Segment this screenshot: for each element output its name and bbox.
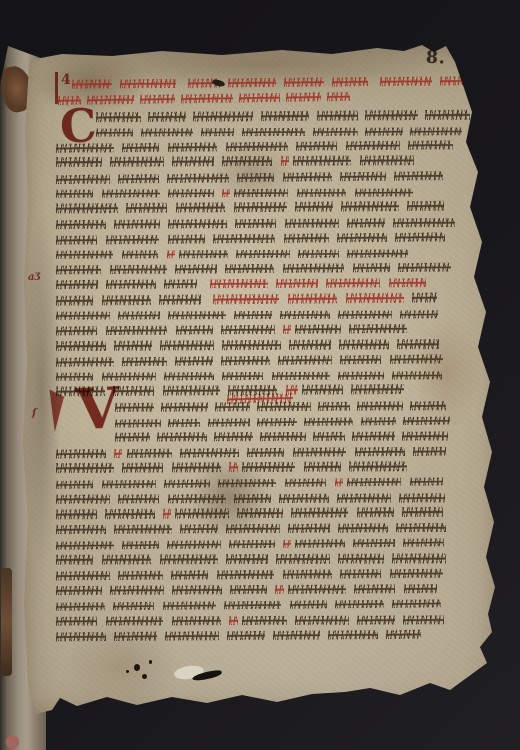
ink-stroke — [133, 128, 140, 136]
ink-stroke — [281, 601, 289, 609]
ink-stroke — [295, 324, 340, 333]
rubric-stroke — [389, 278, 426, 287]
manuscript-text-line — [56, 476, 472, 489]
ink-stroke — [317, 110, 358, 120]
ink-stroke — [163, 616, 171, 625]
ink-stroke — [351, 155, 359, 165]
ink-stroke — [158, 250, 166, 258]
ink-stroke — [113, 250, 121, 258]
ink-stroke — [222, 372, 264, 380]
ink-stroke — [253, 111, 261, 121]
ink-stroke — [355, 188, 413, 196]
ink-stroke — [219, 631, 227, 640]
ink-stroke — [175, 264, 216, 273]
ink-stroke — [97, 617, 105, 626]
ink-stroke — [397, 339, 439, 349]
ink-stroke — [288, 585, 346, 594]
ink-stroke — [222, 585, 230, 594]
manuscript-text-line — [56, 447, 471, 459]
ink-stroke — [186, 112, 194, 122]
ink-stroke — [106, 449, 114, 458]
ink-stroke — [285, 478, 327, 486]
ink-stroke — [161, 402, 207, 411]
ink-stroke — [276, 554, 330, 564]
ink-stroke — [339, 250, 347, 258]
ink-stroke — [403, 615, 444, 624]
manuscript-text-line — [56, 508, 468, 520]
manuscript-text-line — [56, 202, 469, 214]
ink-stroke — [276, 479, 284, 487]
ink-stroke — [272, 372, 330, 380]
ink-stroke — [113, 386, 154, 396]
ink-stroke — [276, 219, 284, 228]
ink-stroke — [56, 449, 106, 458]
manuscript-text-line — [56, 278, 472, 289]
manuscript-text-line — [56, 340, 472, 351]
ink-stroke — [106, 632, 114, 641]
ink-stroke — [399, 201, 407, 211]
ink-stroke — [56, 463, 114, 473]
ink-stroke — [106, 326, 168, 335]
ink-stroke — [399, 493, 445, 502]
ink-stroke — [400, 310, 437, 318]
ink-stroke — [271, 494, 279, 503]
ink-stroke — [275, 234, 283, 243]
ink-stroke — [96, 129, 133, 137]
ink-stroke — [172, 585, 222, 594]
ink-stroke — [350, 402, 357, 411]
manuscript-text-line — [56, 537, 469, 550]
ink-stroke — [432, 77, 440, 86]
ink-stroke — [56, 251, 113, 259]
ink-stroke — [159, 174, 167, 183]
manuscript-text-line — [56, 232, 470, 245]
rubric-stroke — [286, 92, 321, 101]
ink-stroke — [274, 173, 282, 182]
ink-stroke — [263, 372, 271, 380]
ink-stroke — [275, 540, 283, 548]
ink-stroke — [357, 616, 394, 625]
ink-stroke — [392, 599, 441, 607]
rubric-stroke — [283, 540, 291, 548]
ink-stroke — [410, 401, 446, 410]
ink-stroke — [156, 372, 164, 380]
ink-stroke — [280, 311, 330, 319]
ink-stroke — [217, 570, 275, 579]
manuscript-text-line — [96, 126, 470, 136]
ink-stroke — [172, 524, 180, 533]
ink-stroke — [313, 128, 358, 136]
ink-stroke — [268, 279, 276, 288]
ink-stroke — [165, 631, 219, 640]
ink-stroke — [274, 570, 282, 579]
ink-stroke — [282, 172, 332, 182]
ink-stroke — [221, 356, 271, 365]
ink-stroke — [387, 233, 395, 242]
ink-stroke — [318, 279, 326, 288]
ink-stroke — [106, 220, 114, 229]
ink-stroke — [270, 356, 278, 365]
ink-stroke — [278, 355, 332, 364]
ink-stroke — [93, 480, 101, 488]
ink-stroke — [284, 233, 330, 242]
manuscript-text-line — [56, 354, 468, 367]
ink-stroke — [318, 402, 350, 411]
ink-stroke — [330, 554, 338, 564]
ink-stroke — [337, 233, 387, 242]
ink-stroke — [295, 616, 349, 625]
ink-stroke — [250, 418, 257, 426]
ink-stroke — [141, 112, 149, 122]
ink-stroke — [56, 571, 110, 580]
manuscript-text-line — [56, 171, 468, 184]
rubric-stroke — [281, 156, 289, 166]
ink-stroke — [353, 539, 394, 547]
ink-stroke — [237, 508, 282, 518]
ink-stroke — [412, 292, 437, 302]
ink-stroke — [337, 293, 345, 303]
ink-stroke — [283, 263, 345, 272]
ink-stroke — [176, 202, 226, 212]
ink-stroke — [118, 203, 126, 213]
ink-stroke — [218, 554, 226, 564]
manuscript-text-line — [56, 263, 468, 275]
nota-mark: aƷ — [28, 272, 41, 283]
ink-stroke — [163, 571, 171, 580]
manuscript-text-line — [56, 187, 471, 197]
ink-stroke — [257, 402, 310, 411]
ink-stroke — [56, 357, 114, 367]
ink-stroke — [118, 311, 160, 319]
ink-stroke — [230, 585, 267, 594]
ink-stroke — [102, 480, 156, 488]
ink-stroke — [274, 264, 282, 273]
ink-stroke — [236, 250, 289, 258]
ink-stroke — [207, 418, 250, 426]
ink-stroke — [157, 632, 165, 641]
ink-stroke — [163, 385, 220, 395]
manuscript-text-line — [56, 569, 468, 581]
ink-stroke — [102, 189, 160, 197]
ink-stroke — [279, 494, 329, 503]
ink-stroke — [114, 220, 160, 229]
ink-stroke — [358, 128, 365, 136]
ink-stroke — [226, 524, 280, 533]
ink-stroke — [352, 432, 394, 441]
manuscript-text-line — [56, 248, 466, 258]
ink-stroke — [344, 263, 352, 272]
ink-stroke — [56, 280, 98, 289]
ink-stroke — [159, 295, 200, 305]
ink-stroke — [161, 419, 168, 427]
ink-stroke — [351, 384, 404, 394]
ink-stroke — [122, 250, 159, 258]
ink-stroke — [330, 340, 338, 350]
ink-stroke — [118, 494, 159, 503]
ink-stroke — [106, 616, 164, 625]
ink-stroke — [237, 173, 274, 182]
ink-stroke — [425, 110, 470, 120]
ink-stroke — [154, 403, 161, 412]
ink-stroke — [288, 189, 296, 197]
ink-stroke — [417, 110, 425, 120]
ink-stroke — [168, 419, 200, 427]
ink-stroke — [179, 250, 228, 258]
ink-stroke — [265, 631, 273, 640]
ink-stroke — [347, 218, 384, 227]
ink-stroke — [330, 524, 338, 533]
ink-stroke — [332, 355, 340, 364]
rubric-stroke — [380, 77, 432, 86]
ink-stroke — [380, 278, 388, 287]
manuscript-text-line — [115, 401, 471, 412]
ink-stroke — [332, 569, 340, 578]
rubric-stroke — [275, 585, 283, 594]
rubric-stroke — [284, 78, 324, 87]
ink-stroke — [122, 463, 163, 473]
rubric-stroke — [181, 94, 234, 104]
ink-stroke — [168, 189, 214, 197]
manuscript-text-line — [56, 218, 472, 229]
manuscript-text-line — [56, 324, 469, 336]
ink-stroke — [114, 463, 122, 473]
ink-stroke — [110, 312, 118, 320]
ink-stroke — [101, 265, 109, 274]
ink-stroke — [164, 156, 172, 166]
ink-stroke — [221, 325, 275, 334]
ink-stroke — [217, 142, 225, 151]
ink-stroke — [340, 355, 381, 364]
ink-stroke — [234, 494, 271, 503]
ink-stroke — [127, 449, 173, 458]
ink-stroke — [304, 417, 354, 425]
manuscript-text-line — [56, 584, 470, 595]
nota-mark: ſ — [32, 408, 36, 419]
ink-stroke — [272, 311, 280, 319]
ink-stroke — [389, 339, 397, 349]
ink-stroke — [229, 540, 274, 548]
ink-stroke — [413, 447, 446, 456]
ink-stroke — [159, 235, 167, 244]
ink-stroke — [210, 479, 218, 487]
ink-stroke — [122, 541, 159, 549]
ink-stroke — [228, 250, 236, 258]
ink-stroke — [225, 264, 274, 273]
ink-stroke — [338, 311, 392, 319]
ink-stroke — [160, 189, 168, 197]
rubric-stroke — [213, 294, 279, 305]
ink-stroke — [296, 141, 337, 150]
rubric-stroke — [283, 325, 291, 334]
manuscript-text-line — [56, 293, 470, 306]
ink-stroke — [234, 128, 241, 136]
ink-stroke — [313, 432, 345, 441]
ink-stroke — [365, 128, 402, 136]
ink-stroke — [163, 462, 171, 472]
ink-stroke — [341, 201, 399, 211]
ink-stroke — [106, 525, 114, 534]
ink-stroke — [288, 142, 296, 151]
ink-stroke — [287, 202, 295, 212]
ink-stroke — [295, 462, 303, 472]
ink-stroke — [381, 569, 389, 578]
ink-stroke — [214, 156, 222, 166]
ink-stroke — [226, 494, 234, 503]
ink-stroke — [205, 234, 213, 243]
rubric-stroke — [167, 250, 175, 258]
ink-stroke — [122, 143, 159, 152]
manuscript-text-line — [56, 309, 471, 319]
ink-stroke — [360, 155, 414, 165]
ink-stroke — [399, 141, 407, 150]
ink-stroke — [297, 189, 347, 197]
ink-stroke — [229, 173, 237, 182]
ink-stroke — [280, 524, 288, 533]
ink-stroke — [114, 143, 122, 152]
ink-stroke — [392, 311, 400, 319]
ink-stroke — [408, 140, 454, 149]
ink-stroke — [156, 480, 164, 488]
ink-stroke — [311, 402, 318, 411]
ink-stroke — [338, 372, 384, 380]
ink-stroke — [384, 554, 392, 564]
ink-stroke — [110, 495, 118, 504]
ink-stroke — [110, 265, 168, 274]
ink-stroke — [160, 311, 168, 319]
ink-stroke — [201, 294, 213, 304]
ink-stroke — [410, 127, 462, 135]
ink-stroke — [285, 219, 339, 228]
ink-stroke — [106, 235, 160, 244]
ink-stroke — [282, 508, 290, 518]
ink-stroke — [200, 419, 207, 427]
illuminated-initial: C — [59, 105, 98, 148]
ink-stroke — [288, 524, 330, 533]
ink-stroke — [214, 432, 253, 441]
ink-stroke — [390, 354, 444, 363]
ink-stroke — [396, 523, 446, 532]
rubric-stroke — [140, 94, 175, 103]
rubric-stroke — [222, 189, 230, 197]
ink-stroke — [330, 372, 338, 380]
ink-stroke — [56, 295, 93, 305]
ink-stroke — [340, 172, 385, 181]
ink-stroke — [105, 509, 155, 519]
ink-stroke — [220, 78, 228, 87]
ink-stroke — [283, 570, 332, 579]
ink-stroke — [152, 341, 160, 351]
ink-stroke — [157, 432, 207, 441]
ink-stroke — [110, 571, 118, 580]
ink-stroke — [295, 202, 332, 212]
ink-stroke — [164, 479, 210, 487]
ink-stroke — [275, 325, 283, 334]
ink-stroke — [357, 401, 403, 410]
binding-fragment — [6, 736, 19, 749]
ink-stroke — [218, 524, 226, 533]
binding-sewing-support — [1, 568, 12, 676]
ink-stroke — [216, 601, 224, 609]
ink-stroke — [368, 77, 380, 86]
ink-stroke — [176, 79, 188, 88]
ink-stroke — [234, 189, 288, 197]
ink-stroke — [398, 263, 452, 272]
ink-stroke — [164, 279, 197, 288]
ink-stroke — [208, 570, 216, 579]
ink-stroke — [222, 156, 272, 166]
ink-stroke — [354, 584, 395, 593]
ink-stroke — [392, 553, 446, 563]
ink-stroke — [160, 220, 168, 229]
ink-stroke — [242, 128, 306, 136]
ink-stroke — [346, 585, 354, 594]
ink-stroke — [148, 112, 185, 122]
ink-stroke — [160, 340, 214, 350]
ink-stroke — [290, 250, 298, 258]
ink-stroke — [175, 356, 212, 365]
rubric-stroke — [228, 78, 276, 87]
ink-stroke — [172, 616, 222, 625]
rubric-stroke — [120, 79, 176, 88]
ink-stroke — [304, 462, 341, 472]
ink-stroke — [345, 539, 353, 547]
ink-stroke — [102, 157, 110, 167]
ink-stroke — [106, 341, 114, 351]
ink-stroke — [289, 340, 331, 350]
ink-stroke — [114, 341, 151, 351]
ink-stroke — [347, 478, 401, 486]
ink-stroke — [341, 462, 349, 472]
ink-stroke — [168, 142, 218, 151]
ink-stroke — [167, 203, 175, 213]
ink-stroke — [56, 203, 118, 213]
ink-stroke — [365, 110, 417, 120]
ink-stroke — [156, 280, 164, 289]
ink-stroke — [226, 554, 268, 564]
rubric-stroke — [239, 93, 280, 103]
rubric-stroke — [326, 92, 349, 101]
ink-stroke — [110, 586, 164, 595]
ink-stroke — [348, 507, 356, 517]
ink-stroke — [229, 508, 237, 518]
ink-stroke — [257, 418, 296, 426]
ink-stroke — [172, 449, 180, 458]
ink-stroke — [390, 569, 444, 578]
ink-stroke — [329, 494, 337, 503]
ink-stroke — [253, 432, 260, 441]
ink-stroke — [56, 555, 93, 565]
ink-stroke — [298, 250, 339, 258]
ink-stroke — [381, 355, 389, 364]
ink-stroke — [349, 324, 407, 333]
ink-stroke — [353, 263, 390, 272]
ink-stroke — [56, 326, 97, 335]
ink-stroke — [402, 431, 448, 440]
ink-stroke — [97, 235, 105, 244]
ink-stroke — [171, 570, 208, 579]
ink-stroke — [97, 326, 105, 335]
ink-stroke — [180, 448, 238, 457]
ink-stroke — [167, 265, 175, 274]
ink-stroke — [226, 311, 234, 319]
rubric-stroke — [210, 279, 268, 288]
ink-stroke — [56, 495, 110, 504]
ink-stroke — [167, 540, 221, 548]
ink-stroke — [112, 79, 120, 88]
ink-stroke — [101, 295, 151, 305]
ink-stroke — [305, 128, 312, 136]
ink-stroke — [267, 585, 275, 594]
